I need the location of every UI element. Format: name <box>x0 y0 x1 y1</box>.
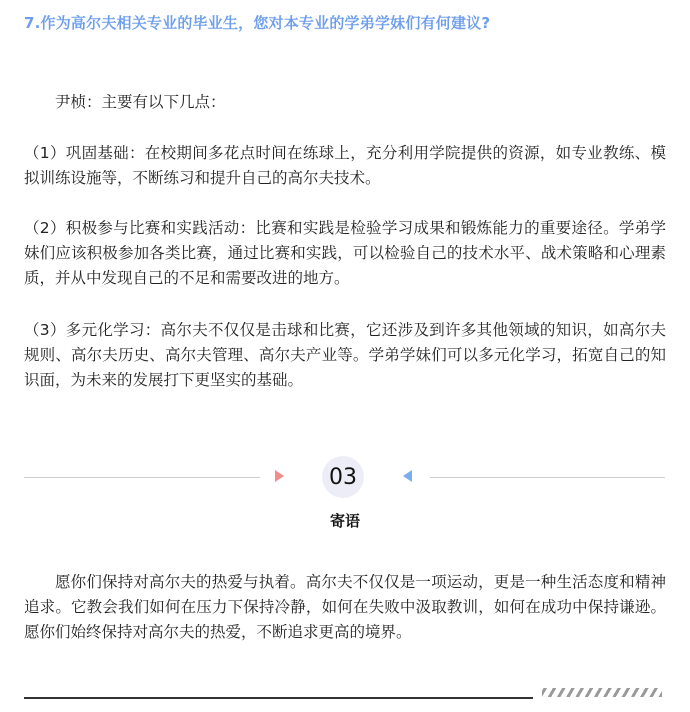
stripes-decoration <box>542 688 662 697</box>
question-title: 7.作为高尔夫相关专业的毕业生，您对本专业的学弟学妹们有何建议? <box>24 12 490 33</box>
answer-point-3: （3）多元化学习：高尔夫不仅仅是击球和比赛，它还涉及到许多其他领域的知识，如高尔… <box>24 318 666 393</box>
section-divider-right <box>430 477 665 478</box>
answer-point-1: （1）巩固基础：在校期间多花点时间在练球上，充分利用学院提供的资源，如专业教练、… <box>24 141 666 191</box>
answer-point-2: （2）积极参与比赛和实践活动：比赛和实践是检验学习成果和锻炼能力的重要途径。学弟… <box>24 216 666 291</box>
bottom-divider <box>24 697 533 699</box>
closing-paragraph: 愿你们保持对高尔夫的热爱与执着。高尔夫不仅仅是一项运动，更是一种生活态度和精神追… <box>24 570 666 645</box>
triangle-right-icon <box>275 470 284 482</box>
triangle-left-icon <box>403 470 412 482</box>
answer-intro: 尹桢：主要有以下几点： <box>24 90 666 115</box>
section-divider-left <box>24 477 260 478</box>
section-title: 寄语 <box>0 510 690 531</box>
section-number-badge: 03 <box>322 456 364 498</box>
